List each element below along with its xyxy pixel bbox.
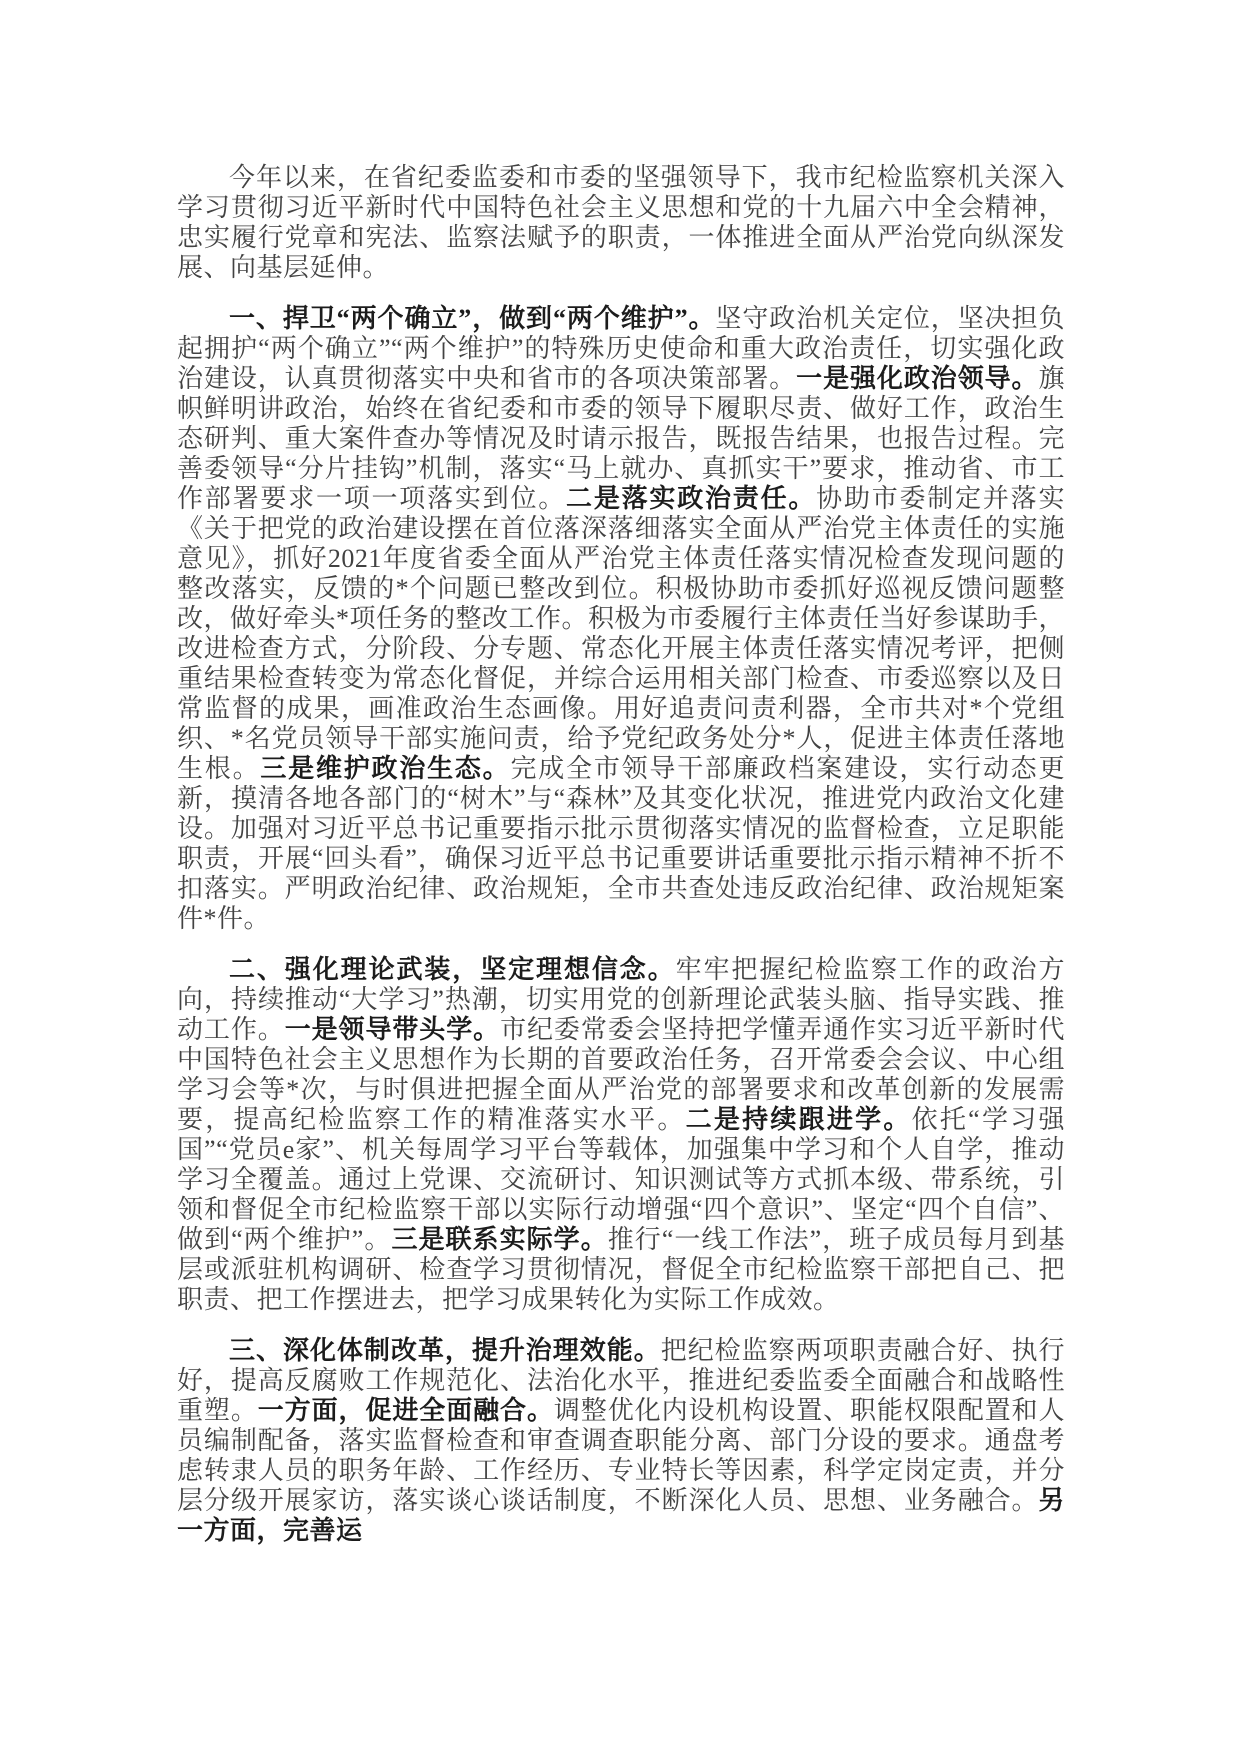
- paragraph: 三、深化体制改革，提升治理效能。把纪检监察两项职责融合好、执行好，提高反腐败工作…: [177, 1336, 1065, 1546]
- text-run: 协助市委制定并落实《关于把党的政治建设摆在首位落深落细落实全面从严治党主体责任的…: [177, 484, 1065, 783]
- text-run: 今年以来，在省纪委监委和市委的坚强领导下，我市纪检监察机关深入学习贯彻习近平新时…: [177, 163, 1065, 282]
- bold-run: 一方面，促进全面融合。: [258, 1396, 554, 1425]
- bold-run: 三是维护政治生态。: [260, 754, 510, 783]
- bold-run: 三、深化体制改革，提升治理效能。: [229, 1336, 661, 1365]
- paragraph: 今年以来，在省纪委监委和市委的坚强领导下，我市纪检监察机关深入学习贯彻习近平新时…: [177, 163, 1065, 283]
- bold-run: 二、强化理论武装，坚定理想信念。: [229, 955, 676, 984]
- bold-run: 一是领导带头学。: [285, 1015, 500, 1044]
- bold-run: 三是联系实际学。: [391, 1225, 607, 1254]
- bold-run: 二是持续跟进学。: [686, 1105, 912, 1134]
- bold-run: 一是强化政治领导。: [796, 364, 1038, 393]
- document-page: 今年以来，在省纪委监委和市委的坚强领导下，我市纪检监察机关深入学习贯彻习近平新时…: [0, 0, 1240, 1754]
- bold-run: 一、捍卫“两个确立”，做到“两个维护”。: [229, 304, 715, 333]
- document-body: 今年以来，在省纪委监委和市委的坚强领导下，我市纪检监察机关深入学习贯彻习近平新时…: [177, 163, 1065, 1546]
- paragraph: 二、强化理论武装，坚定理想信念。牢牢把握纪检监察工作的政治方向，持续推动“大学习…: [177, 955, 1065, 1315]
- paragraph: 一、捍卫“两个确立”，做到“两个维护”。坚守政治机关定位，坚决担负起拥护“两个确…: [177, 304, 1065, 934]
- bold-run: 二是落实政治责任。: [566, 484, 816, 513]
